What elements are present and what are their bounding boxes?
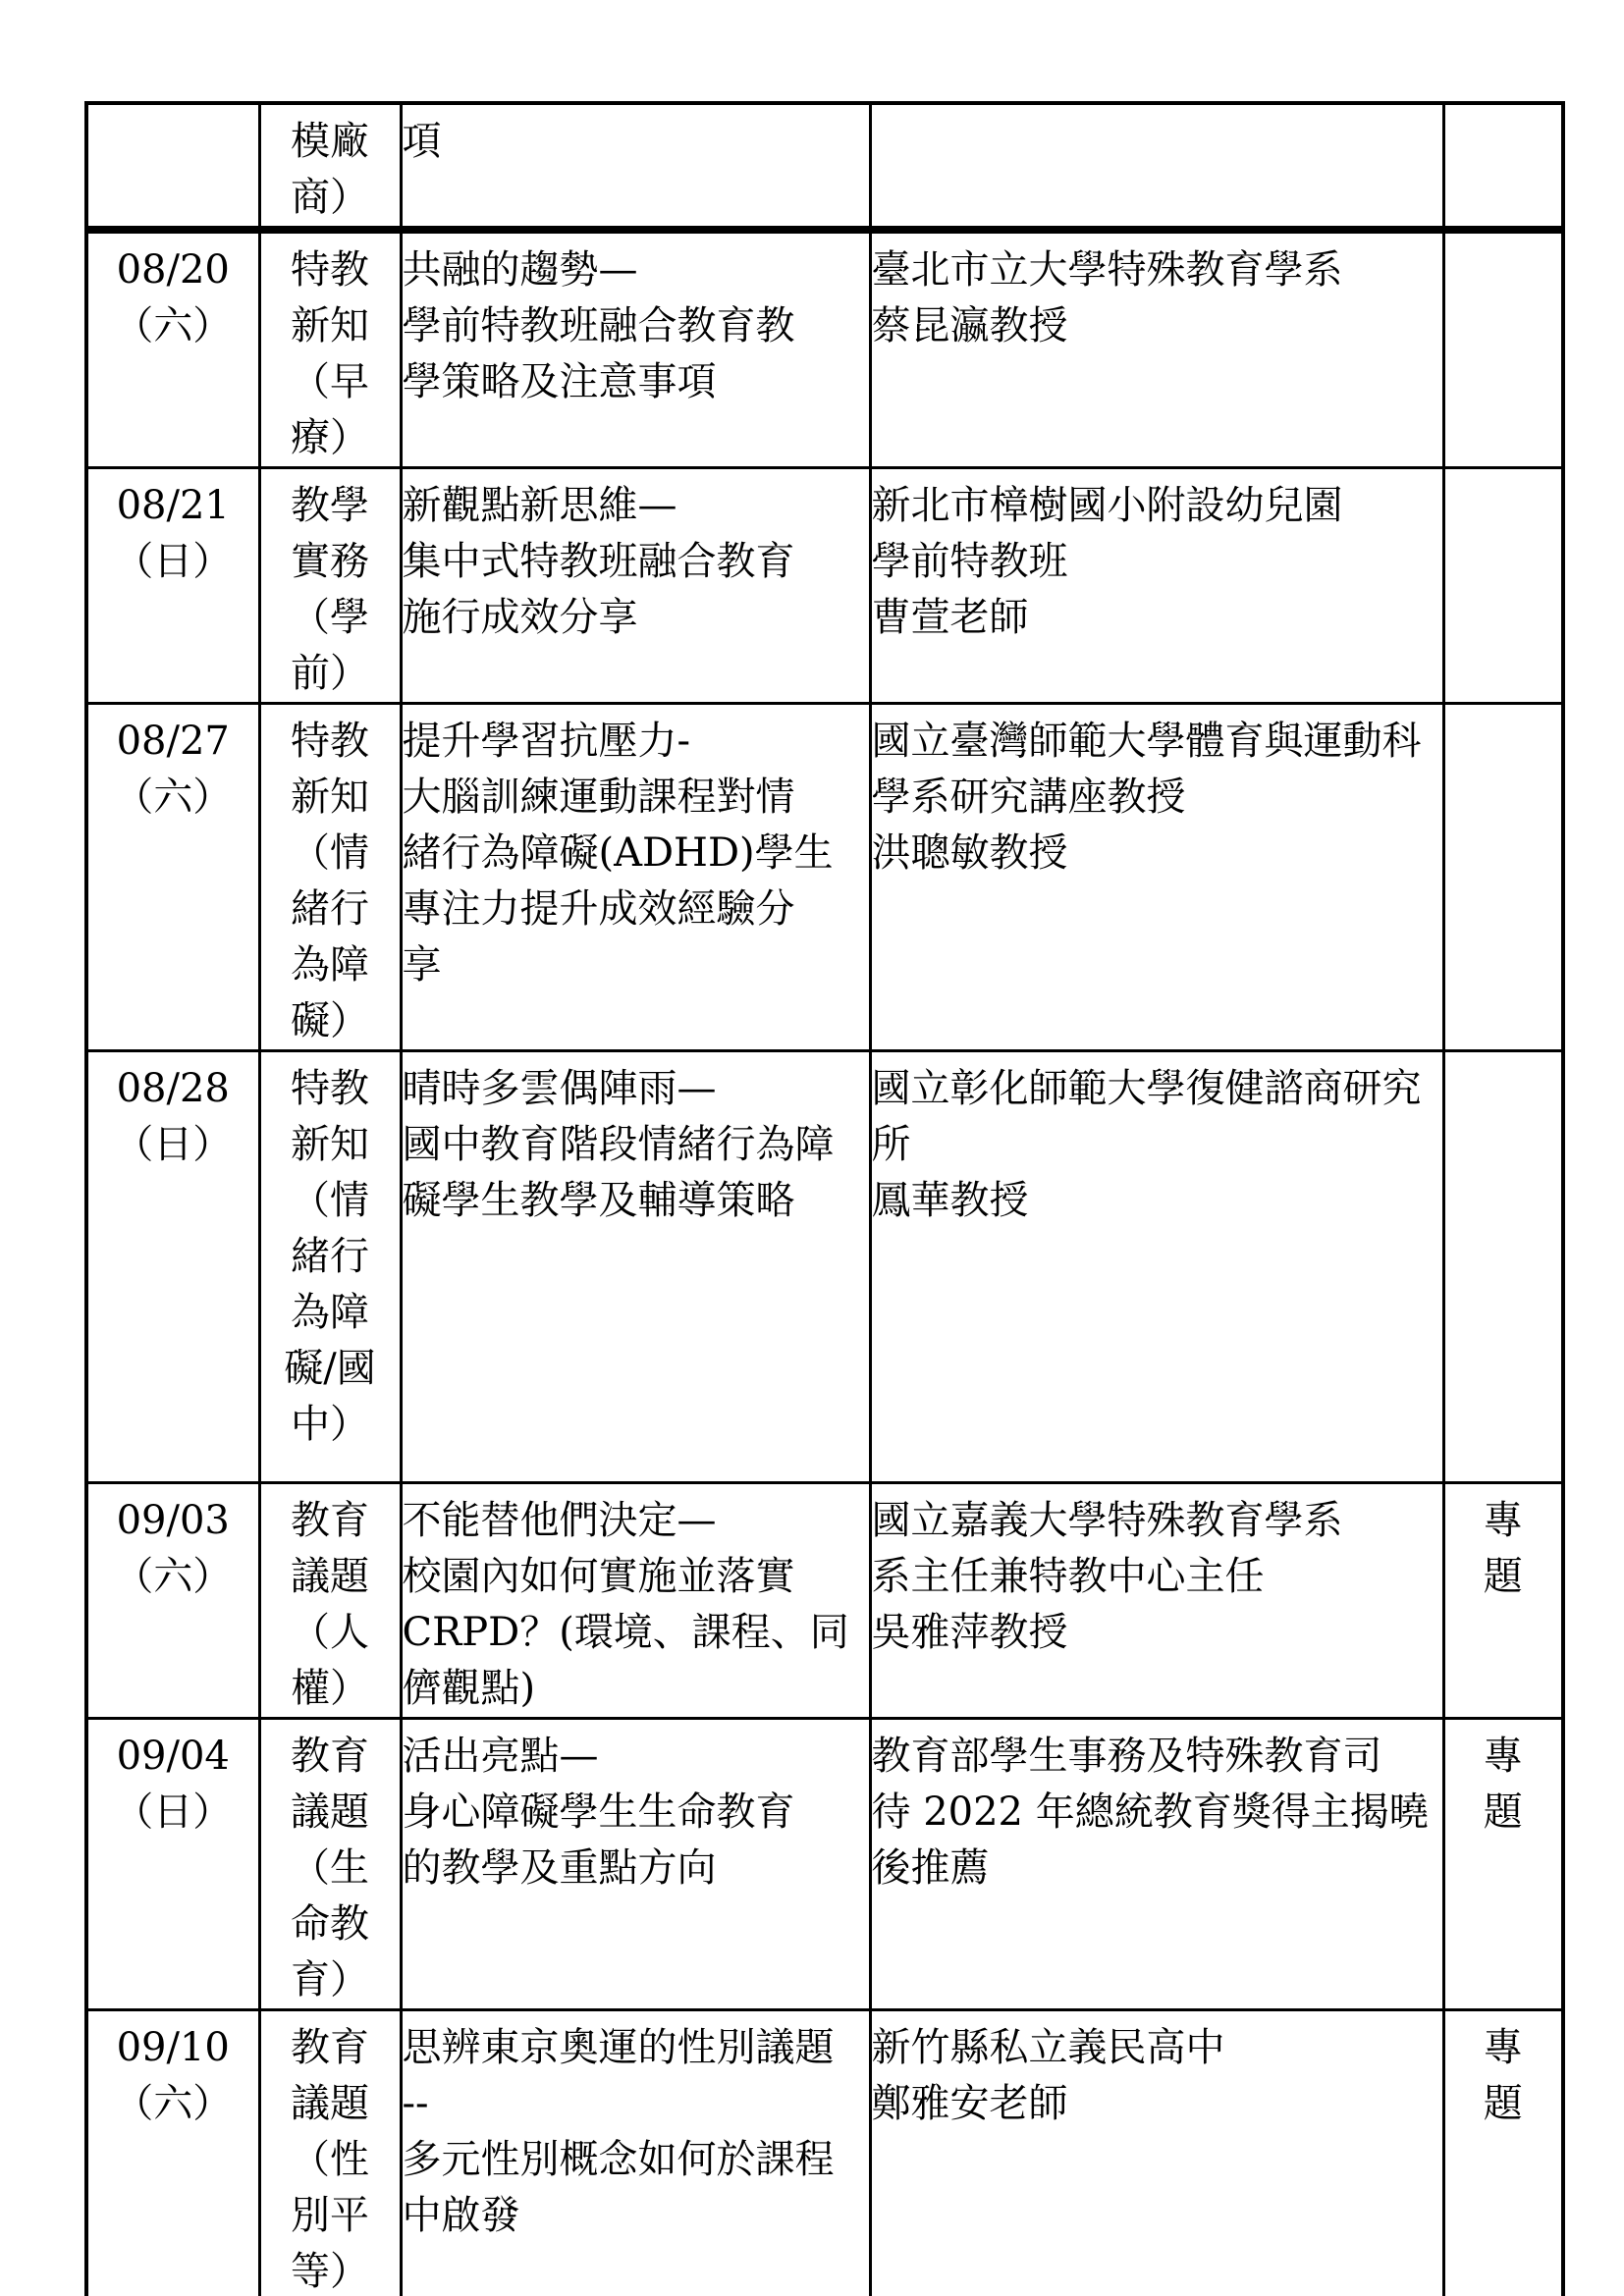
text-line: 待 2022 年總統教育獎得主揭曉 <box>872 1785 1442 1841</box>
date-cell: 08/20（六） <box>86 230 259 468</box>
category-cell: 教育議題（生命教育） <box>259 1719 401 2010</box>
speaker-cell: 新北市樟樹國小附設幼兒園學前特教班曹萱老師 <box>870 468 1443 704</box>
text-line: 09/03 <box>88 1493 258 1549</box>
text-line: 教學 <box>261 478 400 534</box>
speaker-cell: 國立臺灣師範大學體育與運動科學系研究講座教授洪聰敏教授 <box>870 704 1443 1051</box>
date-cell: 08/21（日） <box>86 468 259 704</box>
text-line: 題 <box>1445 2076 1562 2132</box>
text-line: 學前特教班 <box>872 534 1442 590</box>
speaker-cell: 國立彰化師範大學復健諮商研究所鳳華教授 <box>870 1051 1443 1483</box>
text-line: 為障 <box>261 937 400 993</box>
text-line: 新北市樟樹國小附設幼兒園 <box>872 478 1442 534</box>
speaker-cell <box>870 103 1443 230</box>
text-line: 新觀點新思維— <box>403 478 869 534</box>
text-line: 礙） <box>261 993 400 1049</box>
text-line: 國立彰化師範大學復健諮商研究 <box>872 1061 1442 1117</box>
date-cell: 08/28（日） <box>86 1051 259 1483</box>
category-cell: 教育議題（人權） <box>259 1483 401 1719</box>
topic-cell: 晴時多雲偶陣雨—國中教育階段情緒行為障礙學生教學及輔導策略 <box>401 1051 870 1483</box>
date-cell: 08/27（六） <box>86 704 259 1051</box>
topic-cell: 共融的趨勢—學前特教班融合教育教學策略及注意事項 <box>401 230 870 468</box>
text-line: 專 <box>1445 1729 1562 1785</box>
text-line: 緒行 <box>261 1229 400 1285</box>
text-line: 不能替他們決定— <box>403 1493 869 1549</box>
text-line: 校園內如何實施並落實 <box>403 1549 869 1605</box>
text-line: 洪聰敏教授 <box>872 826 1442 881</box>
text-line: 學前特教班融合教育教 <box>403 298 869 354</box>
text-line: 專注力提升成效經驗分 <box>403 881 869 937</box>
text-line: （學 <box>261 590 400 646</box>
text-line: 08/27 <box>88 714 258 770</box>
text-line: 新知 <box>261 770 400 826</box>
text-line: （六） <box>88 298 258 354</box>
text-line: 享 <box>403 937 869 993</box>
date-cell: 09/04（日） <box>86 1719 259 2010</box>
text-line: 08/20 <box>88 242 258 298</box>
document-page: 模廠商）項08/20（六）特教新知（早療）共融的趨勢—學前特教班融合教育教學策略… <box>0 0 1624 2296</box>
text-line: 集中式特教班融合教育 <box>403 534 869 590</box>
text-line: 教育 <box>261 2020 400 2076</box>
text-line: 臺北市立大學特殊教育學系 <box>872 242 1442 298</box>
speaker-cell: 臺北市立大學特殊教育學系蔡昆瀛教授 <box>870 230 1443 468</box>
text-line: 蔡昆瀛教授 <box>872 298 1442 354</box>
topic-cell: 新觀點新思維—集中式特教班融合教育施行成效分享 <box>401 468 870 704</box>
text-line: （日） <box>88 1117 258 1173</box>
category-cell: 特教新知（情緒行為障礙/國中） <box>259 1051 401 1483</box>
note-cell <box>1443 1051 1563 1483</box>
text-line: 模廠 <box>261 114 400 170</box>
text-line: 活出亮點— <box>403 1729 869 1785</box>
text-line: 身心障礙學生生命教育 <box>403 1785 869 1841</box>
text-line: 學策略及注意事項 <box>403 354 869 410</box>
text-line: 療） <box>261 410 400 466</box>
text-line: 09/10 <box>88 2020 258 2076</box>
text-line: 鄭雅安老師 <box>872 2076 1442 2132</box>
note-cell <box>1443 704 1563 1051</box>
date-cell: 09/10（六） <box>86 2010 259 2296</box>
text-line: 項 <box>403 114 869 170</box>
text-line: 08/28 <box>88 1061 258 1117</box>
topic-cell: 思辨東京奧運的性別議題--多元性別概念如何於課程中啟發 <box>401 2010 870 2296</box>
text-line: 命教 <box>261 1896 400 1952</box>
note-cell <box>1443 103 1563 230</box>
speaker-cell: 新竹縣私立義民高中鄭雅安老師 <box>870 2010 1443 2296</box>
text-line: （六） <box>88 770 258 826</box>
text-line: 商） <box>261 170 400 226</box>
speaker-cell: 國立嘉義大學特殊教育學系系主任兼特教中心主任吳雅萍教授 <box>870 1483 1443 1719</box>
text-line: 別平 <box>261 2188 400 2244</box>
text-line: 特教 <box>261 1061 400 1117</box>
text-line: （六） <box>88 1549 258 1605</box>
text-line: 儕觀點) <box>403 1661 869 1717</box>
table-row: 09/10（六）教育議題（性別平等）思辨東京奧運的性別議題--多元性別概念如何於… <box>86 2010 1563 2296</box>
table-row: 模廠商）項 <box>86 103 1563 230</box>
text-line: 特教 <box>261 242 400 298</box>
text-line: CRPD？(環境、課程、同 <box>403 1605 869 1661</box>
text-line: （情 <box>261 1173 400 1229</box>
table-row: 08/21（日）教學實務（學前）新觀點新思維—集中式特教班融合教育施行成效分享新… <box>86 468 1563 704</box>
text-line: 等） <box>261 2244 400 2296</box>
text-line: 國立臺灣師範大學體育與運動科 <box>872 714 1442 770</box>
text-line: 新知 <box>261 1117 400 1173</box>
text-line: 專 <box>1445 2020 1562 2076</box>
text-line: 議題 <box>261 1785 400 1841</box>
text-line: -- <box>403 2076 869 2132</box>
text-line: 教育 <box>261 1729 400 1785</box>
text-line: 鳳華教授 <box>872 1173 1442 1229</box>
text-line: 特教 <box>261 714 400 770</box>
text-line: （性 <box>261 2132 400 2188</box>
text-line: （早 <box>261 354 400 410</box>
text-line: 礙/國 <box>261 1341 400 1397</box>
text-line: 的教學及重點方向 <box>403 1841 869 1896</box>
text-line: 中啟發 <box>403 2188 869 2244</box>
text-line: 國中教育階段情緒行為障 <box>403 1117 869 1173</box>
speaker-cell: 教育部學生事務及特殊教育司待 2022 年總統教育獎得主揭曉後推薦 <box>870 1719 1443 2010</box>
topic-cell: 項 <box>401 103 870 230</box>
text-line: 題 <box>1445 1549 1562 1605</box>
text-line: 緒行 <box>261 881 400 937</box>
text-line: （日） <box>88 534 258 590</box>
note-cell: 專題 <box>1443 1483 1563 1719</box>
table-row: 08/20（六）特教新知（早療）共融的趨勢—學前特教班融合教育教學策略及注意事項… <box>86 230 1563 468</box>
note-cell: 專題 <box>1443 1719 1563 2010</box>
text-line: 專 <box>1445 1493 1562 1549</box>
table-row: 09/03（六）教育議題（人權）不能替他們決定—校園內如何實施並落實CRPD？(… <box>86 1483 1563 1719</box>
table-row: 09/04（日）教育議題（生命教育）活出亮點—身心障礙學生生命教育的教學及重點方… <box>86 1719 1563 2010</box>
text-line: 緒行為障礙(ADHD)學生 <box>403 826 869 881</box>
text-line: 曹萱老師 <box>872 590 1442 646</box>
text-line: （生 <box>261 1841 400 1896</box>
text-line: 中） <box>261 1397 400 1453</box>
text-line: 新知 <box>261 298 400 354</box>
topic-cell: 不能替他們決定—校園內如何實施並落實CRPD？(環境、課程、同儕觀點) <box>401 1483 870 1719</box>
text-line: 所 <box>872 1117 1442 1173</box>
text-line: 系主任兼特教中心主任 <box>872 1549 1442 1605</box>
text-line: 提升學習抗壓力- <box>403 714 869 770</box>
category-cell: 教學實務（學前） <box>259 468 401 704</box>
text-line: 礙學生教學及輔導策略 <box>403 1173 869 1229</box>
text-line: 吳雅萍教授 <box>872 1605 1442 1661</box>
note-cell: 專題 <box>1443 2010 1563 2296</box>
text-line: 前） <box>261 646 400 702</box>
text-line: （人 <box>261 1605 400 1661</box>
text-line: 思辨東京奧運的性別議題 <box>403 2020 869 2076</box>
text-line: 題 <box>1445 1785 1562 1841</box>
topic-cell: 活出亮點—身心障礙學生生命教育的教學及重點方向 <box>401 1719 870 2010</box>
text-line: 權） <box>261 1661 400 1717</box>
category-cell: 特教新知（早療） <box>259 230 401 468</box>
text-line: 晴時多雲偶陣雨— <box>403 1061 869 1117</box>
text-line: 後推薦 <box>872 1841 1442 1896</box>
text-line: 教育 <box>261 1493 400 1549</box>
text-line: （六） <box>88 2076 258 2132</box>
table-row: 08/28（日）特教新知（情緒行為障礙/國中）晴時多雲偶陣雨—國中教育階段情緒行… <box>86 1051 1563 1483</box>
text-line: 09/04 <box>88 1729 258 1785</box>
text-line: （日） <box>88 1785 258 1841</box>
text-line: 新竹縣私立義民高中 <box>872 2020 1442 2076</box>
text-line: 育） <box>261 1952 400 2008</box>
schedule-table-body: 模廠商）項08/20（六）特教新知（早療）共融的趨勢—學前特教班融合教育教學策略… <box>86 103 1563 2296</box>
note-cell <box>1443 468 1563 704</box>
text-line: 為障 <box>261 1285 400 1341</box>
schedule-table: 模廠商）項08/20（六）特教新知（早療）共融的趨勢—學前特教班融合教育教學策略… <box>84 101 1565 2296</box>
date-cell: 09/03（六） <box>86 1483 259 1719</box>
date-cell <box>86 103 259 230</box>
category-cell: 教育議題（性別平等） <box>259 2010 401 2296</box>
text-line: （情 <box>261 826 400 881</box>
text-line: 學系研究講座教授 <box>872 770 1442 826</box>
text-line: 實務 <box>261 534 400 590</box>
category-cell: 特教新知（情緒行為障礙） <box>259 704 401 1051</box>
text-line: 施行成效分享 <box>403 590 869 646</box>
note-cell <box>1443 230 1563 468</box>
table-row: 08/27（六）特教新知（情緒行為障礙）提升學習抗壓力-大腦訓練運動課程對情緒行… <box>86 704 1563 1051</box>
text-line: 議題 <box>261 1549 400 1605</box>
topic-cell: 提升學習抗壓力-大腦訓練運動課程對情緒行為障礙(ADHD)學生專注力提升成效經驗… <box>401 704 870 1051</box>
category-cell: 模廠商） <box>259 103 401 230</box>
text-line: 大腦訓練運動課程對情 <box>403 770 869 826</box>
text-line: 共融的趨勢— <box>403 242 869 298</box>
text-line: 08/21 <box>88 478 258 534</box>
text-line: 教育部學生事務及特殊教育司 <box>872 1729 1442 1785</box>
text-line: 國立嘉義大學特殊教育學系 <box>872 1493 1442 1549</box>
text-line: 多元性別概念如何於課程 <box>403 2132 869 2188</box>
text-line: 議題 <box>261 2076 400 2132</box>
